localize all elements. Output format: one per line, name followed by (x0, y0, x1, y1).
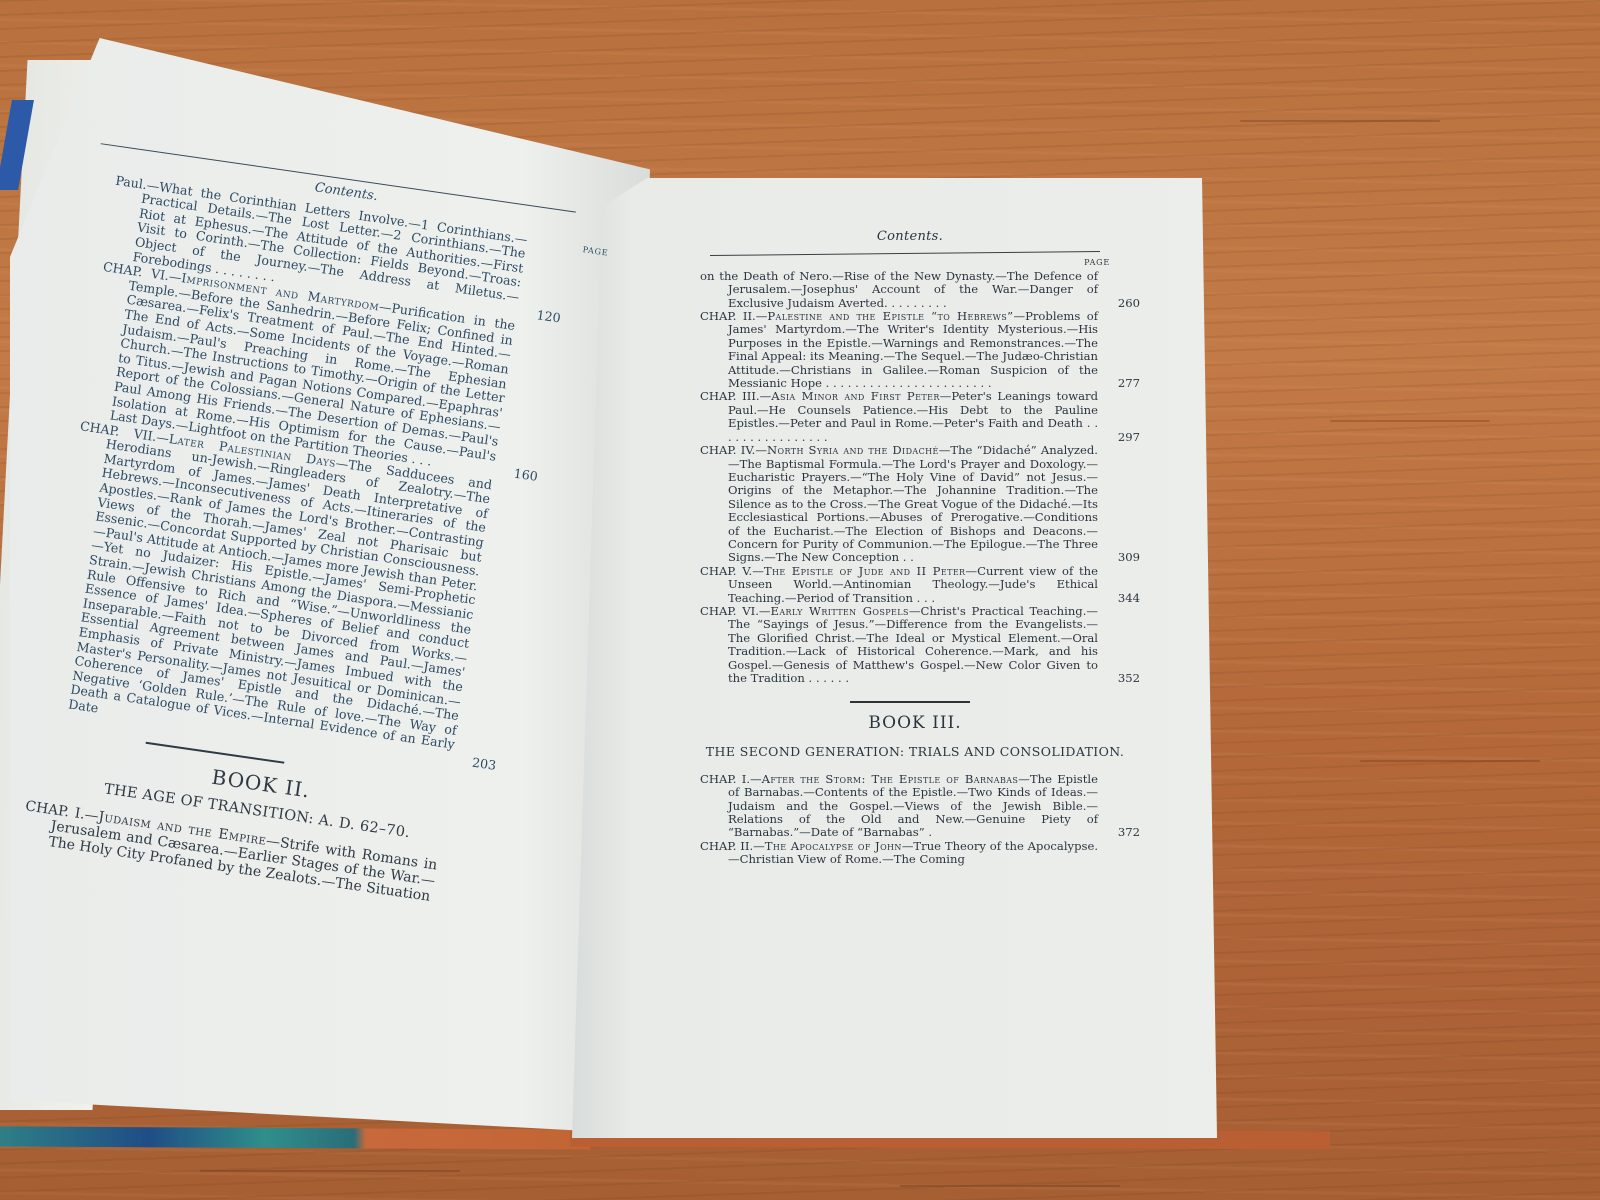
book-subtitle: THE SECOND GENERATION: TRIALS AND CONSOL… (690, 745, 1140, 759)
toc-entry-continuation: on the Death of Nero.—Rise of the New Dy… (700, 270, 1140, 310)
chapter-label: CHAP. IV.— (700, 443, 767, 457)
chapter-title: Early Written Gospels (771, 604, 909, 618)
entry-text: —The “Didaché” Analyzed.—The Baptismal F… (728, 443, 1098, 564)
page-number: 344 (1118, 592, 1140, 605)
entry-text: on the Death of Nero.—Rise of the New Dy… (700, 269, 1098, 310)
wood-grain (1240, 120, 1440, 122)
page-number: 260 (1118, 297, 1140, 310)
toc-entry-chap-vi: CHAP. VI.—Early Written Gospels—Christ's… (700, 605, 1140, 685)
toc-entry-chap-iii: CHAP. III.—Asia Minor and First Peter—Pe… (700, 390, 1140, 444)
chapter-label: CHAP. V.— (700, 564, 764, 578)
chapter-title: Asia Minor and First Peter (771, 389, 940, 403)
page-number: 309 (1118, 551, 1140, 564)
page-number: 203 (471, 756, 497, 774)
chapter-title: After the Storm: The Epistle of Barnabas (762, 772, 1019, 786)
chapter-label: CHAP. II.— (700, 309, 767, 323)
chapter-title: The Apocalypse of John (765, 839, 902, 853)
chapter-title: North Syria and the Didaché (767, 443, 939, 457)
page-number: 277 (1118, 377, 1140, 390)
book-heading: BOOK III. (690, 717, 1140, 730)
chapter-title: The Epistle of Jude and II Peter (764, 564, 966, 578)
section-divider (146, 741, 285, 763)
wood-grain (1330, 420, 1490, 422)
page-column-label: PAGE (700, 256, 1110, 269)
chapter-label: CHAP. VI.— (700, 604, 771, 618)
chapter-label: CHAP. II.— (700, 839, 765, 853)
page-number: 297 (1118, 431, 1140, 444)
running-head: Contents. (680, 230, 1140, 243)
chapter-label: CHAP. III.— (700, 389, 771, 403)
toc-entry-book3-chap-ii: CHAP. II.—The Apocalypse of John—True Th… (700, 840, 1140, 867)
entry-text: —The Sadducees and Herodians un-Jewish.—… (67, 436, 493, 752)
wood-grain (200, 1170, 460, 1172)
toc-entry-chap-iv: CHAP. IV.—North Syria and the Didaché—Th… (700, 444, 1140, 565)
toc-entry-chap-vii: CHAP. VII.—Later Palestinian Days—The Sa… (40, 419, 537, 774)
toc-entry-chap-v: CHAP. V.—The Epistle of Jude and II Pete… (700, 565, 1140, 605)
toc-entry-book3-chap-i: CHAP. I.—After the Storm: The Epistle of… (700, 773, 1140, 840)
page-number: 352 (1118, 672, 1140, 685)
book-cover-marbled-edge (0, 1126, 590, 1149)
wood-grain (900, 1185, 1120, 1187)
wood-grain (1360, 760, 1540, 762)
chapter-title: Palestine and the Epistle “to Hebrews” (767, 309, 1013, 323)
section-divider (850, 701, 970, 703)
toc-entry-chap-ii: CHAP. II.—Palestine and the Epistle “to … (700, 310, 1140, 390)
page-number: 372 (1118, 826, 1140, 839)
chapter-label: CHAP. I.— (700, 772, 762, 786)
right-page-contents: Contents. PAGE on the Death of Nero.—Ris… (700, 230, 1140, 867)
